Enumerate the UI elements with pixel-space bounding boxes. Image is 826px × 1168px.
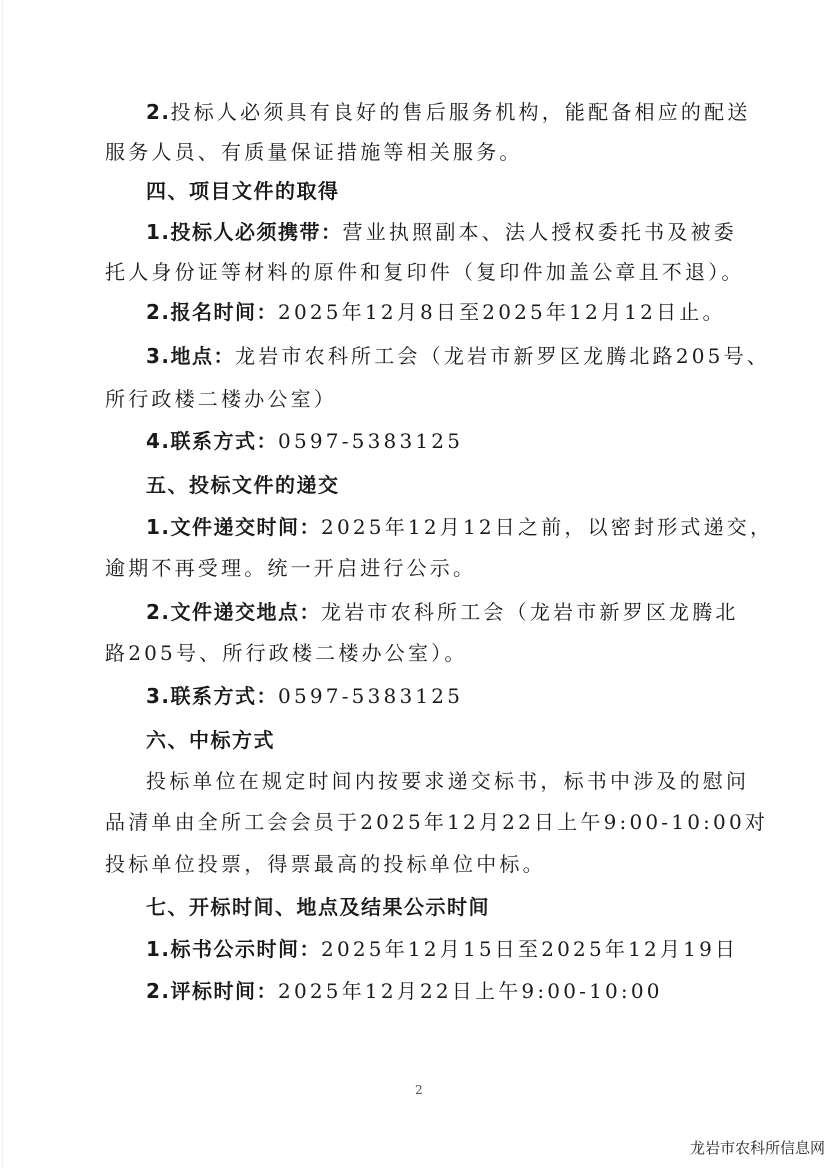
item-text: 托人身份证等材料的原件和复印件（复印件加盖公章且不退）。 — [105, 260, 745, 284]
item-contact-2: 3.联系方式：0597-5383125 — [146, 681, 730, 711]
item-text: 2025年12月15日至2025年12月19日 — [321, 937, 738, 961]
item-text: 2025年12月8日至2025年12月12日止。 — [278, 300, 726, 324]
item-registration-time: 2.报名时间：2025年12月8日至2025年12月12日止。 — [146, 297, 730, 327]
item-required-documents: 1.投标人必须携带：营业执照副本、法人授权委托书及被委 — [146, 217, 730, 247]
section-heading-5: 五、投标文件的递交 — [146, 470, 730, 500]
item-label: 3.联系方式： — [146, 684, 278, 708]
item-text: 所行政楼二楼办公室） — [105, 387, 337, 411]
item-text: 投标单位投票，得票最高的投标单位中标。 — [105, 852, 546, 876]
para-award-method-cont-1: 品清单由全所工会会员于2025年12月22日上午9:00-10:00对 — [105, 807, 730, 837]
item-label: 2.报名时间： — [146, 300, 278, 324]
item-text: 投标单位在规定时间内按要求递交标书，标书中涉及的慰问 — [146, 769, 749, 793]
item-submission-time: 1.文件递交时间：2025年12月12日之前，以密封形式递交， — [146, 512, 730, 542]
item-submission-location: 2.文件递交地点：龙岩市农科所工会（龙岩市新罗区龙腾北 — [146, 597, 730, 627]
page-number: 2 — [415, 1083, 423, 1097]
item-label: 4.联系方式： — [146, 429, 278, 453]
item-label: 2. — [146, 100, 171, 124]
item-label: 2.评标时间： — [146, 979, 278, 1003]
item-evaluation-time: 2.评标时间：2025年12月22日上午9:00-10:00 — [146, 976, 730, 1006]
item-location: 3.地点：龙岩市农科所工会（龙岩市新罗区龙腾北路205号、 — [146, 341, 730, 371]
item-label: 1.投标人必须携带： — [146, 220, 343, 244]
item-text: 0597-5383125 — [278, 429, 463, 453]
item-text: 营业执照副本、法人授权委托书及被委 — [343, 220, 737, 244]
item-text: 路205号、所行政楼二楼办公室）。 — [105, 641, 468, 665]
para-award-method-cont-2: 投标单位投票，得票最高的投标单位中标。 — [105, 849, 730, 879]
item-label: 1.标书公示时间： — [146, 937, 321, 961]
item-label: 1.文件递交时间： — [146, 515, 321, 539]
item-publicity-time: 1.标书公示时间：2025年12月15日至2025年12月19日 — [146, 934, 730, 964]
section-heading-7: 七、开标时间、地点及结果公示时间 — [146, 892, 730, 922]
para-after-sales-requirement: 2.投标人必须具有良好的售后服务机构，能配备相应的配送 — [146, 97, 730, 127]
item-label: 2.文件递交地点： — [146, 600, 321, 624]
item-text: 0597-5383125 — [278, 684, 463, 708]
item-submission-time-cont: 逾期不再受理。统一开启进行公示。 — [105, 553, 730, 583]
item-text: 龙岩市农科所工会（龙岩市新罗区龙腾北 — [321, 600, 739, 624]
page-edge — [2, 0, 3, 1168]
site-watermark: 龙岩市农科所信息网 — [690, 1137, 825, 1158]
section-heading-6: 六、中标方式 — [146, 725, 730, 755]
item-required-documents-cont: 托人身份证等材料的原件和复印件（复印件加盖公章且不退）。 — [105, 257, 730, 287]
item-text: 逾期不再受理。统一开启进行公示。 — [105, 556, 476, 580]
item-text: 品清单由全所工会会员于2025年12月22日上午9:00-10:00对 — [105, 810, 768, 834]
para-award-method: 投标单位在规定时间内按要求递交标书，标书中涉及的慰问 — [146, 766, 730, 796]
item-text: 服务人员、有质量保证措施等相关服务。 — [105, 140, 523, 164]
item-text: 2025年12月22日上午9:00-10:00 — [278, 979, 663, 1003]
item-contact-1: 4.联系方式：0597-5383125 — [146, 426, 730, 456]
section-heading-4: 四、项目文件的取得 — [146, 176, 730, 206]
item-text: 2025年12月12日之前，以密封形式递交， — [321, 515, 773, 539]
para-after-sales-requirement-cont: 服务人员、有质量保证措施等相关服务。 — [105, 137, 730, 167]
item-text: 龙岩市农科所工会（龙岩市新罗区龙腾北路205号、 — [235, 344, 770, 368]
item-text: 投标人必须具有良好的售后服务机构，能配备相应的配送 — [171, 100, 751, 124]
item-location-cont: 所行政楼二楼办公室） — [105, 384, 730, 414]
item-submission-location-cont: 路205号、所行政楼二楼办公室）。 — [105, 638, 730, 668]
item-label: 3.地点： — [146, 344, 235, 368]
